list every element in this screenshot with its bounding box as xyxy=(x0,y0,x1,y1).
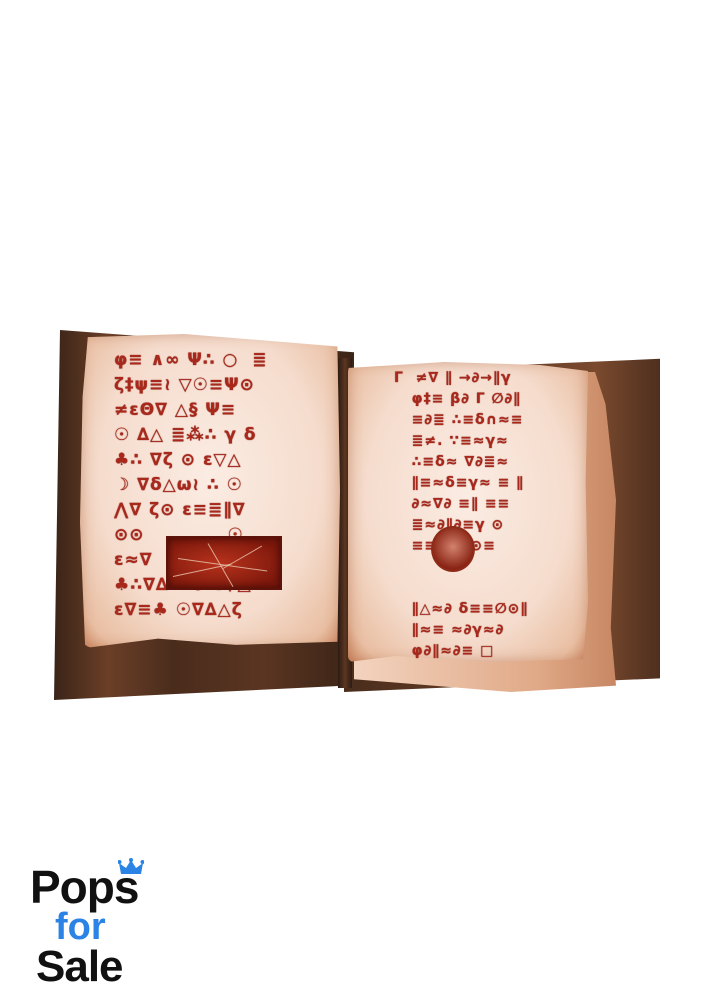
product-image: φ≡ ∧∞ Ψ∴ ○ ≣ ζ‡ψ≡≀ ▽☉≡Ψ⊙ ≠εΘ∇ △§ Ψ≡ ☉ ∆△… xyxy=(0,0,705,1000)
logo-text-sale: Sale xyxy=(36,942,123,992)
cracked-red-panel xyxy=(166,536,282,590)
right-page-glyphs: Γ ≠∇ ∥ →∂→∥γ φ‡≡ β∂ Γ ∅∂∥ ≡∂≣ ∴≡δ∩≈≡ ≣≠.… xyxy=(394,368,528,662)
open-book: φ≡ ∧∞ Ψ∴ ○ ≣ ζ‡ψ≡≀ ▽☉≡Ψ⊙ ≠εΘ∇ △§ Ψ≡ ☉ ∆△… xyxy=(54,330,660,700)
brand-logo: Pops for Sale xyxy=(28,858,158,988)
skull-seal-icon xyxy=(431,526,475,572)
